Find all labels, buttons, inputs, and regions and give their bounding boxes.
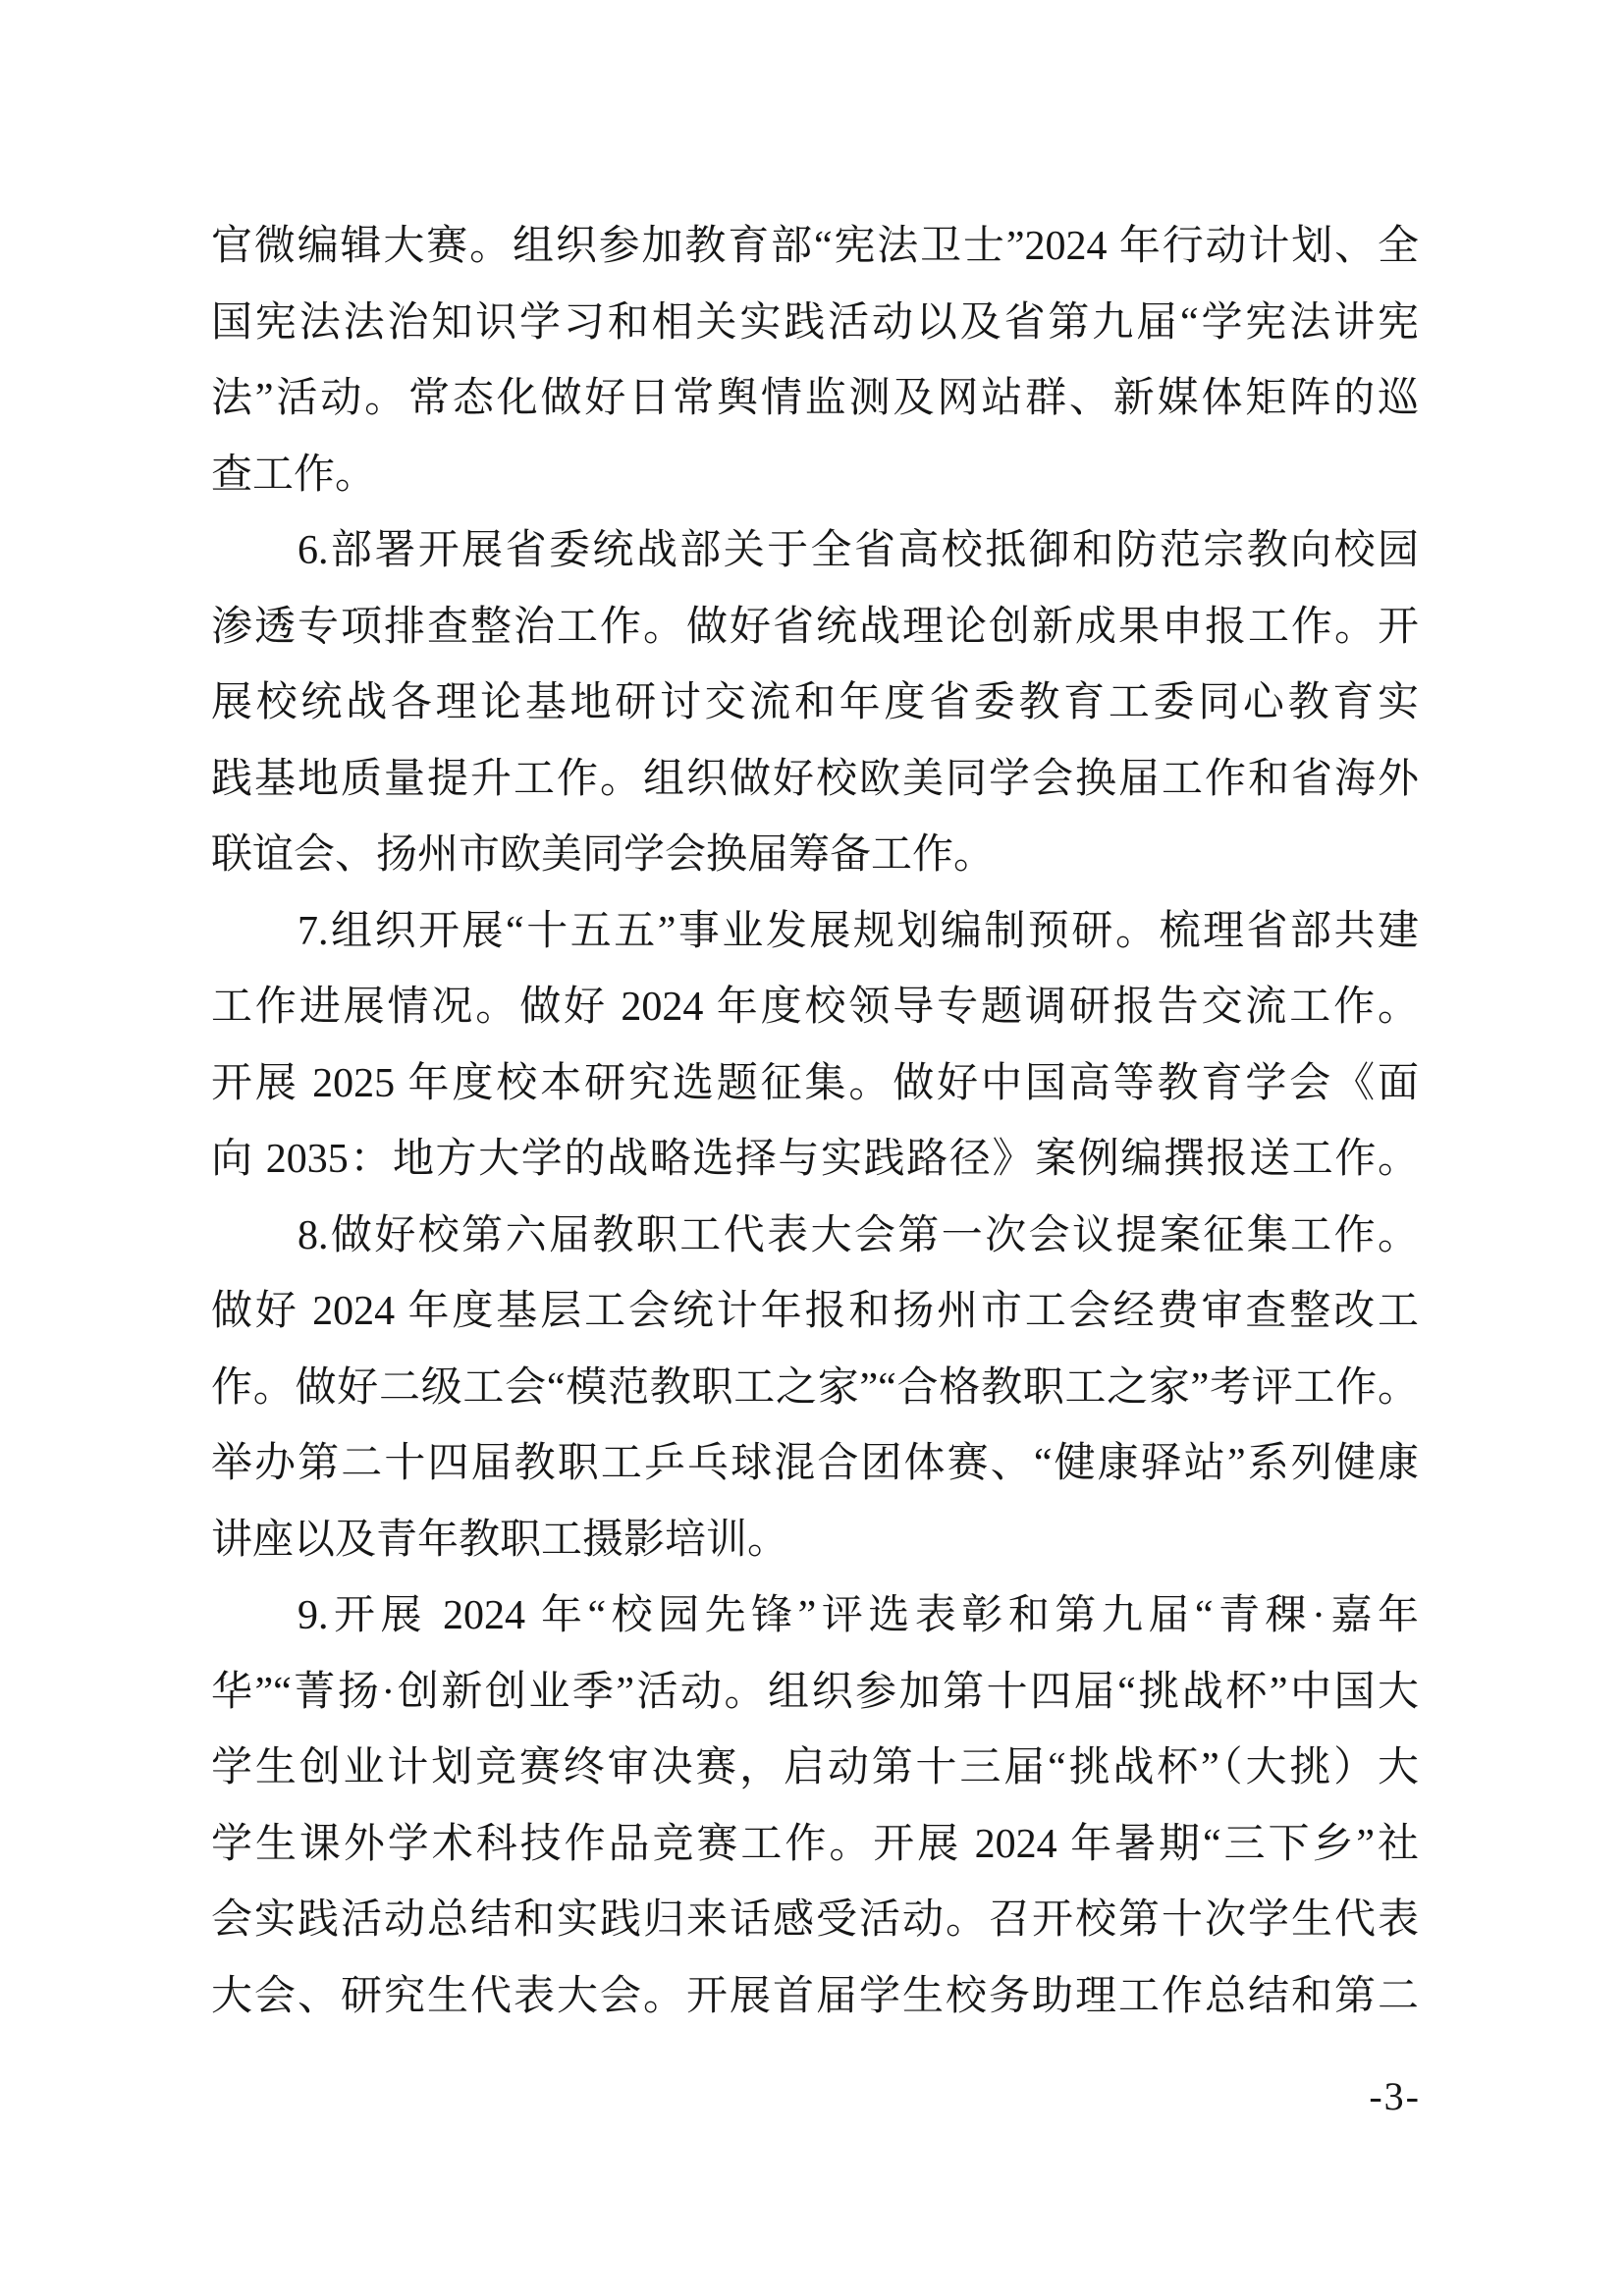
text-line: 向 2035：地方大学的战略选择与实践路径》案例编撰报送工作。 xyxy=(211,1122,1419,1199)
text-block: 官微编辑大赛。组织参加教育部“宪法卫士”2024 年行动计划、全 国宪法法治知识… xyxy=(211,209,1419,2035)
text-line: 6.部署开展省委统战部关于全省高校抵御和防范宗教向校园 xyxy=(211,513,1419,590)
text-line: 国宪法法治知识学习和相关实践活动以及省第九届“学宪法讲宪 xyxy=(211,286,1419,362)
page-number: -3- xyxy=(211,2073,1421,2120)
text-line: 讲座以及青年教职工摄影培训。 xyxy=(211,1503,1419,1579)
text-line: 法”活动。常态化做好日常舆情监测及网站群、新媒体矩阵的巡 xyxy=(211,361,1419,438)
text-line: 官微编辑大赛。组织参加教育部“宪法卫士”2024 年行动计划、全 xyxy=(211,209,1419,286)
text-line: 渗透专项排查整治工作。做好省统战理论创新成果申报工作。开 xyxy=(211,590,1419,667)
text-line: 开展 2025 年度校本研究选题征集。做好中国高等教育学会《面 xyxy=(211,1046,1419,1123)
text-line: 7.组织开展“十五五”事业发展规划编制预研。梳理省部共建 xyxy=(211,894,1419,971)
text-line: 8.做好校第六届教职工代表大会第一次会议提案征集工作。 xyxy=(211,1199,1419,1275)
text-line: 学生创业计划竞赛终审决赛，启动第十三届“挑战杯”（大挑）大 xyxy=(211,1731,1419,1807)
text-line: 华”“菁扬·创新创业季”活动。组织参加第十四届“挑战杯”中国大 xyxy=(211,1655,1419,1732)
text-line: 查工作。 xyxy=(211,438,1419,514)
text-line: 作。做好二级工会“模范教职工之家”“合格教职工之家”考评工作。 xyxy=(211,1351,1419,1427)
text-line: 9.开展 2024 年“校园先锋”评选表彰和第九届“青稞·嘉年 xyxy=(211,1578,1419,1655)
text-line: 展校统战各理论基地研讨交流和年度省委教育工委同心教育实 xyxy=(211,666,1419,742)
text-line: 践基地质量提升工作。组织做好校欧美同学会换届工作和省海外 xyxy=(211,742,1419,819)
text-line: 大会、研究生代表大会。开展首届学生校务助理工作总结和第二 xyxy=(211,1959,1419,2036)
text-line: 联谊会、扬州市欧美同学会换届筹备工作。 xyxy=(211,818,1419,894)
document-page: 官微编辑大赛。组织参加教育部“宪法卫士”2024 年行动计划、全 国宪法法治知识… xyxy=(0,0,1624,2296)
text-line: 会实践活动总结和实践归来话感受活动。召开校第十次学生代表 xyxy=(211,1883,1419,1959)
text-line: 学生课外学术科技作品竞赛工作。开展 2024 年暑期“三下乡”社 xyxy=(211,1807,1419,1884)
text-line: 举办第二十四届教职工乒乓球混合团体赛、“健康驿站”系列健康 xyxy=(211,1426,1419,1503)
text-line: 工作进展情况。做好 2024 年度校领导专题调研报告交流工作。 xyxy=(211,970,1419,1046)
text-line: 做好 2024 年度基层工会统计年报和扬州市工会经费审查整改工 xyxy=(211,1274,1419,1351)
